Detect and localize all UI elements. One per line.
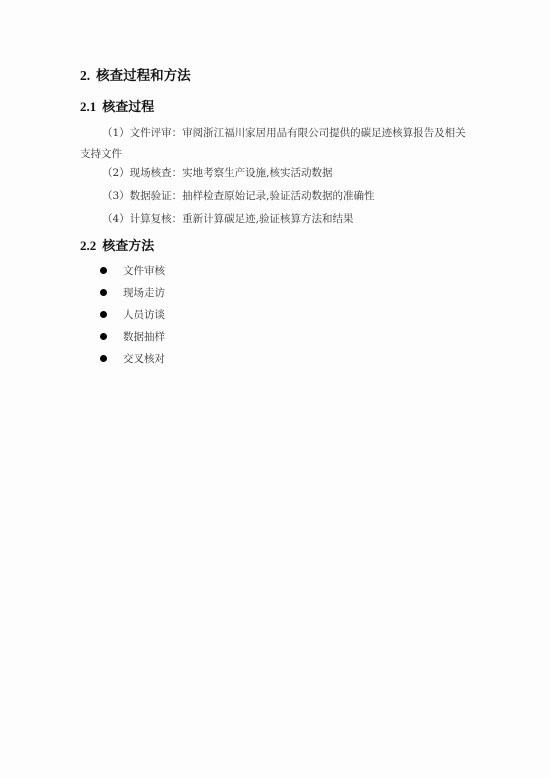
method-label: 数据抽样: [123, 329, 165, 344]
subsection-number: 2.1: [80, 99, 96, 114]
method-label: 交叉核对: [123, 351, 165, 366]
method-label: 人员访谈: [123, 307, 165, 322]
bullet-icon: [100, 267, 107, 274]
subsection-heading-methods: 2.2核查方法: [80, 235, 154, 254]
section-title: 核查过程和方法: [96, 68, 191, 84]
method-label: 现场走访: [123, 285, 165, 300]
method-label: 文件审核: [123, 263, 165, 278]
method-list-item: 数据抽样: [100, 326, 165, 346]
process-step-1: （1）文件评审：审阅浙江福川家居用品有限公司提供的碳足迹核算报告及相关支持文件: [80, 123, 470, 165]
subsection-title: 核查方法: [102, 239, 154, 254]
section-heading: 2.核查过程和方法: [80, 64, 191, 84]
bullet-icon: [100, 311, 107, 318]
method-list-item: 交叉核对: [100, 348, 165, 368]
method-list-item: 人员访谈: [100, 304, 165, 324]
bullet-icon: [100, 289, 107, 296]
process-step-3: （3）数据验证：抽样检查原始记录,验证活动数据的准确性: [102, 186, 375, 207]
subsection-number: 2.2: [80, 238, 96, 253]
method-list-item: 文件审核: [100, 260, 165, 280]
method-list-item: 现场走访: [100, 282, 165, 302]
process-step-4: （4）计算复核：重新计算碳足迹,验证核算方法和结果: [102, 209, 354, 230]
bullet-icon: [100, 333, 107, 340]
subsection-heading-process: 2.1核查过程: [80, 96, 154, 115]
section-number: 2.: [80, 68, 90, 83]
process-step-2: （2）现场核查：实地考察生产设施,核实活动数据: [102, 163, 333, 184]
subsection-title: 核查过程: [102, 100, 154, 115]
bullet-icon: [100, 355, 107, 362]
document-page: 2.核查过程和方法 2.1核查过程 （1）文件评审：审阅浙江福川家居用品有限公司…: [0, 0, 550, 778]
